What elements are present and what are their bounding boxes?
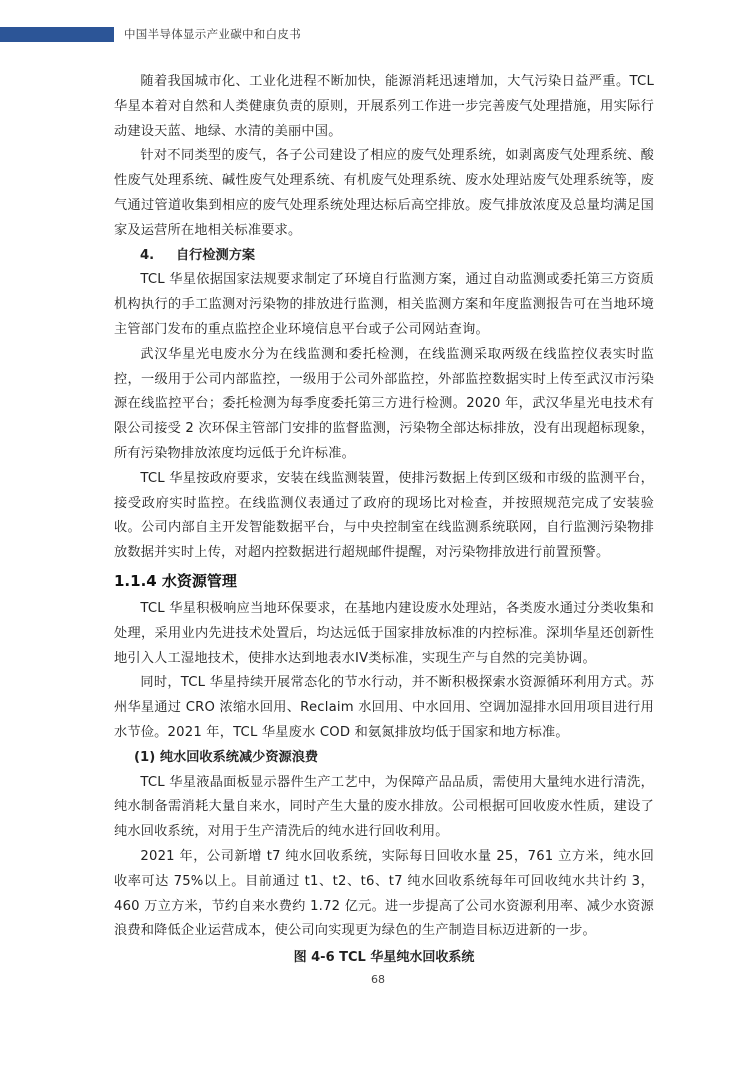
- page-number: 68: [0, 973, 756, 986]
- paragraph: 针对不同类型的废气，各子公司建设了相应的废气处理系统，如剥离废气处理系统、酸性废…: [114, 144, 654, 243]
- paragraph: TCL 华星液晶面板显示器件生产工艺中，为保障产品品质，需使用大量纯水进行清洗，…: [114, 771, 654, 845]
- paragraph: TCL 华星积极响应当地环保要求，在基地内建设废水处理站，各类废水通过分类收集和…: [114, 597, 654, 671]
- paragraph: 随着我国城市化、工业化进程不断加快，能源消耗迅速增加，大气污染日益严重。TCL …: [114, 70, 654, 144]
- paragraph: 武汉华星光电废水分为在线监测和委托检测，在线监测采取两级在线监控仪表实时监控，一…: [114, 343, 654, 467]
- paragraph: TCL 华星依据国家法规要求制定了环境自行监测方案，通过自动监测或委托第三方资质…: [114, 268, 654, 342]
- page-content: 随着我国城市化、工业化进程不断加快，能源消耗迅速增加，大气污染日益严重。TCL …: [114, 70, 654, 971]
- paragraph: 同时，TCL 华星持续开展常态化的节水行动，并不断积极探索水资源循环利用方式。苏…: [114, 671, 654, 745]
- figure-caption: 图 4-6 TCL 华星纯水回收系统: [114, 946, 654, 971]
- section-title: 自行检测方案: [176, 248, 255, 263]
- header-accent-bar: [0, 27, 114, 42]
- subsection-heading: (1) 纯水回收系统减少资源浪费: [134, 746, 654, 771]
- section-heading-4: 4.自行检测方案: [140, 244, 654, 269]
- paragraph: 2021 年，公司新增 t7 纯水回收系统，实际每日回收水量 25，761 立方…: [114, 845, 654, 944]
- section-number: 4.: [140, 244, 176, 269]
- document-title: 中国半导体显示产业碳中和白皮书: [124, 26, 301, 42]
- paragraph: TCL 华星按政府要求，安装在线监测装置，使排污数据上传到区级和市级的监测平台，…: [114, 467, 654, 566]
- section-heading-1-1-4: 1.1.4 水资源管理: [114, 568, 654, 594]
